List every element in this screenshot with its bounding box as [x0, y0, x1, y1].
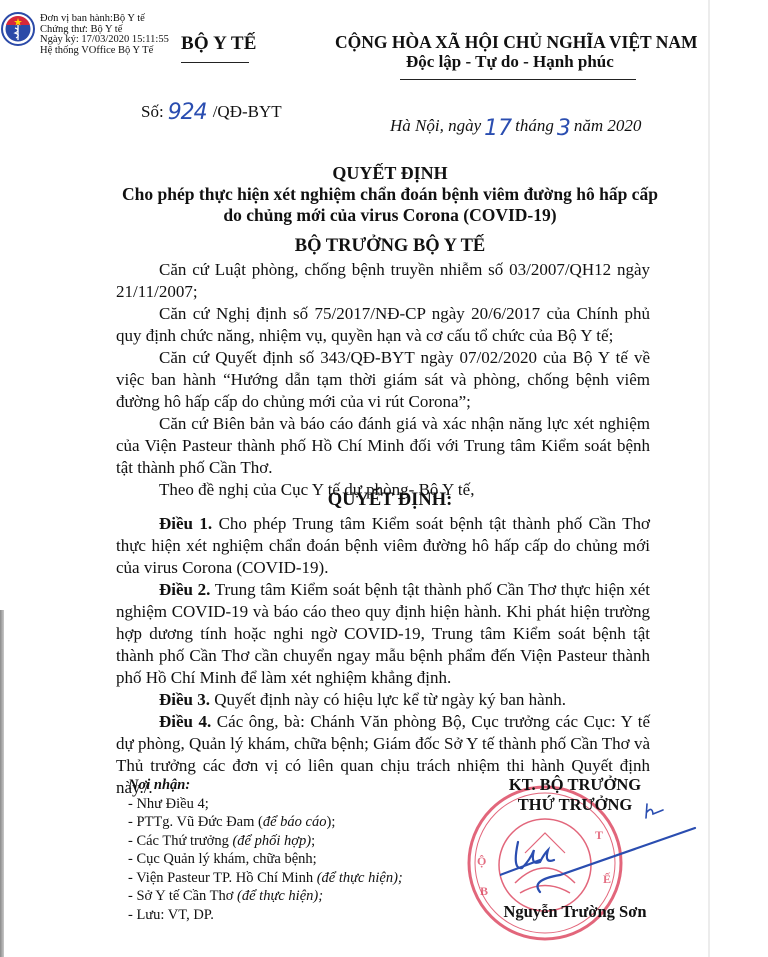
article-3: Điều 3. Quyết định này có hiệu lực kể từ…: [116, 689, 650, 711]
svg-text:B: B: [480, 884, 488, 898]
scan-edge-shadow: [0, 610, 4, 957]
article-label: Điều 1.: [159, 514, 212, 533]
svg-text:Ộ: Ộ: [477, 854, 486, 868]
recipients-title: Nơi nhận:: [128, 776, 403, 795]
basis-paragraph: Căn cứ Quyết định số 343/QĐ-BYT ngày 07/…: [116, 347, 650, 413]
scan-edge-line: [708, 0, 710, 957]
recipient-text: - Sở Y tế Cần Thơ: [128, 888, 237, 904]
digital-signature-info: Đơn vị ban hành:Bộ Y tế Chứng thư: Bộ Y …: [40, 14, 169, 56]
decision-heading: QUYẾT ĐỊNH:: [100, 490, 680, 511]
issuing-authority: BỘ TRƯỞNG BỘ Y TẾ: [100, 236, 680, 257]
recipient-note: (để thực hiện);: [237, 888, 323, 904]
handwritten-signature-icon: [500, 820, 700, 900]
handwritten-month: 3: [557, 116, 571, 141]
recipient-text: - Cục Quản lý khám, chữa bệnh;: [128, 851, 317, 867]
document-type: QUYẾT ĐỊNH: [100, 163, 680, 184]
recipient-item: - Cục Quản lý khám, chữa bệnh;: [128, 850, 403, 869]
month-label: tháng: [515, 116, 554, 135]
article-label: Điều 3.: [159, 690, 210, 709]
recipient-item: - PTTg. Vũ Đức Đam (để báo cáo);: [128, 813, 403, 832]
recipient-item: - Sở Y tế Cần Thơ (để thực hiện);: [128, 887, 403, 906]
article-text: Quyết định này có hiệu lực kể từ ngày ký…: [210, 690, 566, 709]
recipient-item: - Như Điều 4;: [128, 795, 403, 814]
recipient-text: - Viện Pasteur TP. Hồ Chí Minh: [128, 870, 317, 886]
recipient-text: - Các Thứ trưởng: [128, 833, 232, 849]
recipient-item: - Các Thứ trưởng (để phối hợp);: [128, 832, 403, 851]
signature-system: Hệ thống VOffice Bộ Y Tế: [40, 46, 169, 57]
legal-basis: Căn cứ Luật phòng, chống bệnh truyền nhi…: [116, 259, 650, 501]
issuing-organization: BỘ Y TẾ: [181, 33, 257, 55]
recipient-note: (để phối hợp): [232, 833, 311, 849]
document-number: Số:924/QĐ-BYT: [141, 98, 282, 123]
number-suffix: /QĐ-BYT: [213, 102, 282, 121]
article-2: Điều 2. Trung tâm Kiểm soát bệnh tật thà…: [116, 579, 650, 689]
signer-role-line-1: KT. BỘ TRƯỞNG: [480, 775, 670, 795]
handwritten-day: 17: [484, 116, 512, 141]
national-title: CỘNG HÒA XÃ HỘI CHỦ NGHĨA VIỆT NAM: [335, 32, 698, 53]
basis-paragraph: Căn cứ Nghị định số 75/2017/NĐ-CP ngày 2…: [116, 303, 650, 347]
recipient-text: - Như Điều 4;: [128, 796, 209, 812]
recipient-text: - PTTg. Vũ Đức Đam (: [128, 814, 263, 830]
basis-paragraph: Căn cứ Luật phòng, chống bệnh truyền nhi…: [116, 259, 650, 303]
recipient-tail: );: [326, 814, 335, 830]
ministry-of-health-emblem-icon: [1, 12, 35, 46]
articles: Điều 1. Cho phép Trung tâm Kiểm soát bện…: [116, 513, 650, 799]
recipient-item: - Lưu: VT, DP.: [128, 906, 403, 925]
year-label: năm 2020: [574, 116, 642, 135]
document-subject-line-2: do chủng mới của virus Corona (COVID-19): [100, 205, 680, 226]
signer-name: Nguyễn Trường Sơn: [480, 902, 670, 922]
article-label: Điều 4.: [159, 712, 211, 731]
organization-underline: [181, 62, 249, 63]
motto-underline: [400, 79, 636, 80]
recipient-item: - Viện Pasteur TP. Hồ Chí Minh (để thực …: [128, 869, 403, 888]
place-prefix: Hà Nội, ngày: [390, 116, 481, 135]
signature-issuer: Đơn vị ban hành:Bộ Y tế: [40, 14, 169, 25]
recipient-tail: ;: [311, 833, 315, 849]
recipient-text: - Lưu: VT, DP.: [128, 907, 214, 923]
article-1: Điều 1. Cho phép Trung tâm Kiểm soát bện…: [116, 513, 650, 579]
national-motto: Độc lập - Tự do - Hạnh phúc: [406, 52, 614, 72]
handwritten-number: 924: [168, 100, 207, 125]
recipient-note: để báo cáo: [263, 814, 327, 830]
signer-role-line-2: THỨ TRƯỞNG: [480, 795, 670, 815]
number-label: Số:: [141, 102, 164, 121]
place-and-date: Hà Nội, ngày17tháng3năm 2020: [390, 112, 641, 137]
article-label: Điều 2.: [159, 580, 210, 599]
recipient-note: (để thực hiện);: [317, 870, 403, 886]
basis-paragraph: Căn cứ Biên bản và báo cáo đánh giá và x…: [116, 413, 650, 479]
recipients-list: Nơi nhận: - Như Điều 4; - PTTg. Vũ Đức Đ…: [128, 776, 403, 924]
document-subject-line-1: Cho phép thực hiện xét nghiệm chẩn đoán …: [100, 184, 680, 205]
